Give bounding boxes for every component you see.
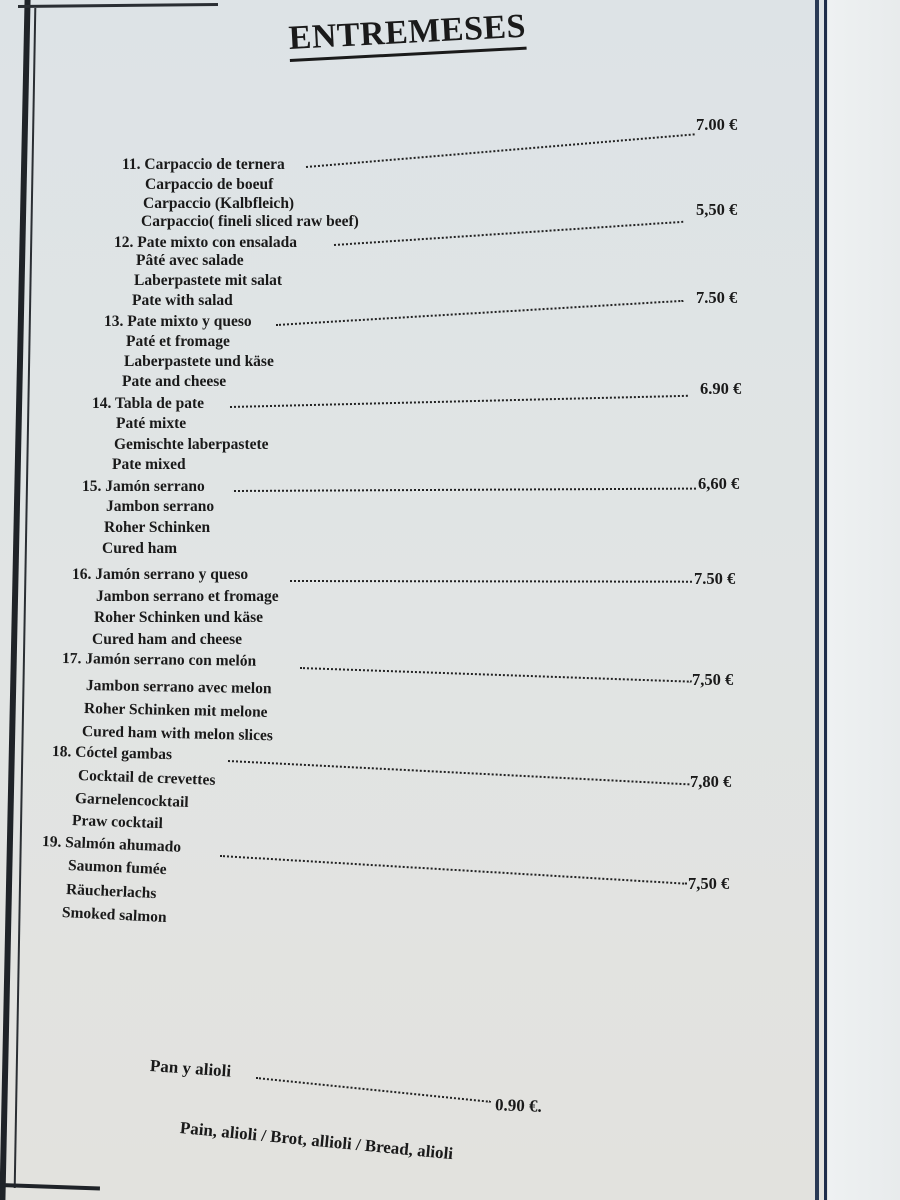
item-15-de: Roher Schinken	[104, 519, 210, 537]
item-16-de: Roher Schinken und käse	[94, 609, 263, 627]
item-14-de: Gemischte laberpastete	[114, 436, 269, 454]
frame-border-left	[0, 0, 31, 1200]
item-16-price: 7.50 €	[694, 569, 735, 589]
item-17-name: 17. Jamón serrano con melón	[62, 650, 256, 671]
item-15-fr: Jambon serrano	[106, 498, 214, 516]
item-15-en: Cured ham	[102, 540, 177, 558]
item-18-name: 18. Cóctel gambas	[52, 743, 173, 764]
item-19-de: Räucherlachs	[66, 881, 157, 903]
item-19-en: Smoked salmon	[62, 904, 167, 927]
item-12-name: 12. Pate mixto con ensalada	[114, 234, 297, 252]
bread-price: 0.90 €.	[495, 1095, 542, 1117]
item-11-de: Carpaccio (Kalbfleich)	[143, 195, 294, 213]
item-17-de: Roher Schinken mit melone	[84, 700, 268, 722]
bread-name: Pan y alioli	[149, 1056, 231, 1082]
frame-border-right-outer	[824, 0, 827, 1200]
item-18-price: 7,80 €	[690, 772, 731, 792]
frame-border-right	[815, 0, 819, 1200]
item-11-price: 7.00 €	[696, 115, 737, 135]
item-18-en: Praw cocktail	[72, 812, 163, 833]
item-15-price: 6,60 €	[698, 474, 739, 494]
item-14-leader	[230, 395, 688, 408]
item-17-leader	[300, 667, 692, 683]
item-14-en: Pate mixed	[112, 456, 186, 474]
frame-border-bottom	[0, 1183, 100, 1190]
item-16-fr: Jambon serrano et fromage	[96, 588, 279, 606]
menu-page: ENTREMESES 11. Carpaccio de ternera 7.00…	[0, 0, 900, 1200]
item-19-fr: Saumon fumée	[68, 857, 167, 879]
item-12-price: 5,50 €	[696, 200, 737, 220]
item-15-name: 15. Jamón serrano	[82, 478, 205, 496]
item-19-price: 7,50 €	[688, 874, 729, 894]
page-edge	[828, 0, 900, 1200]
item-12-leader	[334, 221, 683, 246]
bread-translations: Pain, alioli / Brot, allioli / Bread, al…	[179, 1118, 454, 1164]
menu-title: ENTREMESES	[288, 8, 527, 63]
item-14-fr: Paté mixte	[116, 415, 186, 433]
item-11-fr: Carpaccio de boeuf	[145, 176, 273, 194]
item-13-leader	[276, 300, 683, 326]
item-16-en: Cured ham and cheese	[92, 631, 242, 649]
item-13-fr: Paté et fromage	[126, 333, 230, 351]
item-19-name: 19. Salmón ahumado	[42, 833, 182, 857]
item-12-en: Pate with salad	[132, 292, 233, 310]
item-13-name: 13. Pate mixto y queso	[104, 313, 252, 331]
item-16-name: 16. Jamón serrano y queso	[72, 566, 248, 584]
item-13-de: Laberpastete und käse	[124, 353, 274, 371]
item-12-de: Laberpastete mit salat	[134, 272, 282, 290]
item-17-en: Cured ham with melon slices	[82, 723, 273, 745]
item-11-en: Carpaccio( fineli sliced raw beef)	[141, 213, 359, 231]
item-19-leader	[220, 855, 687, 885]
item-13-en: Pate and cheese	[122, 373, 226, 391]
item-15-leader	[234, 488, 696, 492]
item-17-fr: Jambon serrano avec melon	[86, 677, 272, 698]
frame-border-top	[18, 3, 218, 8]
bread-leader	[256, 1077, 491, 1103]
item-16-leader	[290, 580, 692, 583]
item-18-fr: Cocktail de crevettes	[78, 767, 216, 790]
item-12-fr: Pâté avec salade	[136, 252, 244, 270]
item-17-price: 7,50 €	[692, 670, 733, 690]
item-18-leader	[228, 760, 690, 785]
item-14-price: 6.90 €	[700, 379, 741, 399]
item-14-name: 14. Tabla de pate	[92, 395, 204, 413]
item-13-price: 7.50 €	[696, 288, 737, 308]
item-18-de: Garnelencocktail	[75, 790, 189, 812]
item-11-name: 11. Carpaccio de ternera	[122, 156, 285, 174]
item-11-leader	[306, 133, 695, 168]
